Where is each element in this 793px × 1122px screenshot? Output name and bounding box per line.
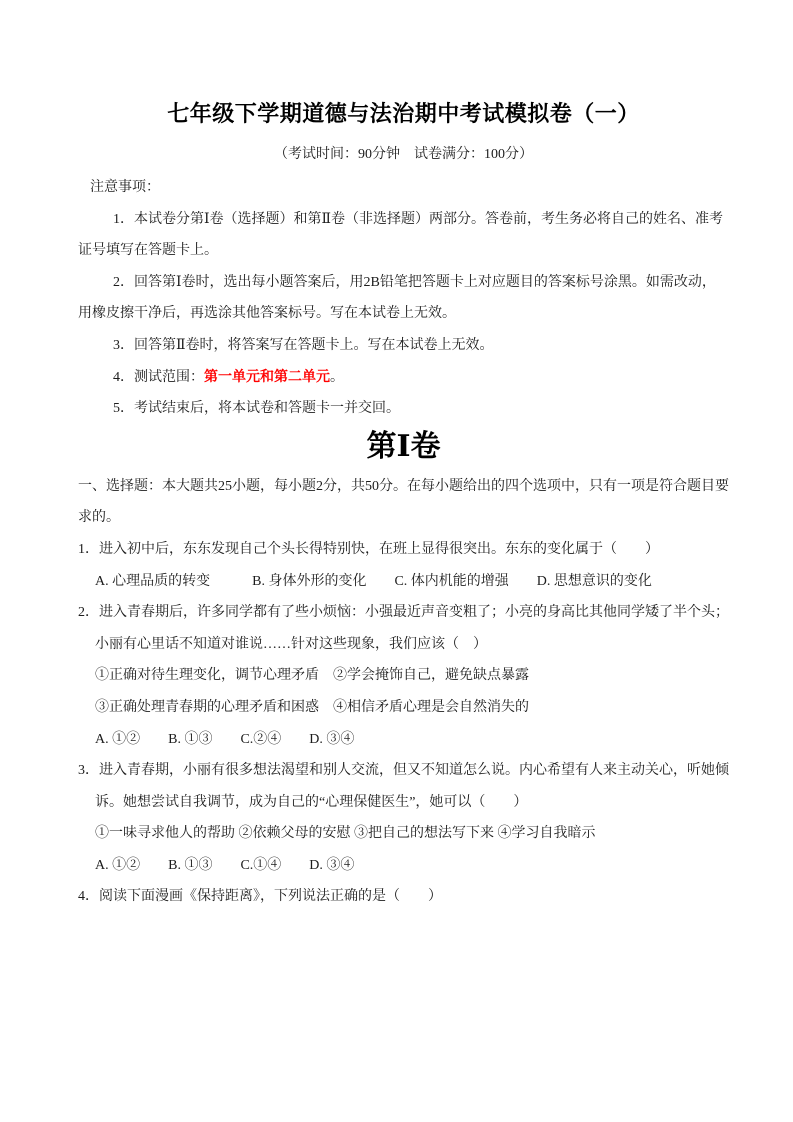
part1-heading: 第Ⅰ卷 (78, 425, 729, 469)
question-4-stem: 4．阅读下面漫画《保持距离》，下列说法正确的是（ ） (78, 881, 729, 913)
question-3-statements: ①一味寻求他人的帮助 ②依赖父母的安慰 ③把自己的想法写下来 ④学习自我暗示 (78, 818, 729, 850)
exam-paper-page: 七年级下学期道德与法治期中考试模拟卷（一） （考试时间：90分钟 试卷满分：10… (0, 0, 793, 1122)
page-title: 七年级下学期道德与法治期中考试模拟卷（一） (78, 97, 729, 131)
notice-item-1: 1．本试卷分第Ⅰ卷（选择题）和第Ⅱ卷（非选择题）两部分。答卷前，考生务必将自己的… (78, 204, 729, 267)
question-2-statements-a: ①正确对待生理变化，调节心理矛盾 ②学会掩饰自己，避免缺点暴露 (78, 660, 729, 692)
question-1-stem: 1．进入初中后，东东发现自己个头长得特别快，在班上显得很突出。东东的变化属于（ … (78, 534, 729, 566)
question-1-text: 进入初中后，东东发现自己个头长得特别快，在班上显得很突出。东东的变化属于（ ） (99, 542, 659, 557)
question-2: 2．进入青春期后，许多同学都有了些小烦恼：小强最近声音变粗了；小亮的身高比其他同… (78, 597, 729, 755)
notice-item-5: 5．考试结束后，将本试卷和答题卡一并交回。 (78, 393, 729, 425)
notice-scope-suffix: 。 (330, 370, 344, 385)
multiple-choice-section: 一、选择题：本大题共25小题，每小题2分，共50分。在每小题给出的四个选项中，只… (78, 471, 729, 913)
question-1-options: A. 心理品质的转变 B. 身体外形的变化 C. 体内机能的增强 D. 思想意识… (78, 566, 729, 598)
section1-intro: 一、选择题：本大题共25小题，每小题2分，共50分。在每小题给出的四个选项中，只… (78, 471, 729, 534)
exam-time-score-subtitle: （考试时间：90分钟 试卷满分：100分） (78, 144, 729, 166)
notice-item-2: 2．回答第Ⅰ卷时，选出每小题答案后，用2B铅笔把答题卡上对应题目的答案标号涂黑。… (78, 267, 729, 330)
question-3-text: 进入青春期，小丽有很多想法渴望和别人交流，但又不知道怎么说。内心希望有人来主动关… (95, 763, 729, 810)
question-2-stem: 2．进入青春期后，许多同学都有了些小烦恼：小强最近声音变粗了；小亮的身高比其他同… (78, 597, 729, 660)
question-2-statements-b: ③正确处理青春期的心理矛盾和困惑 ④相信矛盾心理是会自然消失的 (78, 692, 729, 724)
question-2-number: 2． (78, 605, 99, 620)
question-1: 1．进入初中后，东东发现自己个头长得特别快，在班上显得很突出。东东的变化属于（ … (78, 534, 729, 597)
question-3-stem: 3．进入青春期，小丽有很多想法渴望和别人交流，但又不知道怎么说。内心希望有人来主… (78, 755, 729, 818)
question-3-options: A. ①② B. ①③ C.①④ D. ③④ (78, 850, 729, 882)
notice-heading: 注意事项： (78, 172, 729, 204)
question-4-text: 阅读下面漫画《保持距离》，下列说法正确的是（ ） (99, 889, 442, 904)
question-3: 3．进入青春期，小丽有很多想法渴望和别人交流，但又不知道怎么说。内心希望有人来主… (78, 755, 729, 881)
notice-item-4: 4．测试范围：第一单元和第二单元。 (78, 362, 729, 394)
question-2-text: 进入青春期后，许多同学都有了些小烦恼：小强最近声音变粗了；小亮的身高比其他同学矮… (95, 605, 729, 652)
question-2-options: A. ①② B. ①③ C.②④ D. ③④ (78, 724, 729, 756)
notice-section: 注意事项： 1．本试卷分第Ⅰ卷（选择题）和第Ⅱ卷（非选择题）两部分。答卷前，考生… (78, 172, 729, 425)
notice-scope-prefix: 4．测试范围： (113, 370, 204, 385)
question-4: 4．阅读下面漫画《保持距离》，下列说法正确的是（ ） (78, 881, 729, 913)
question-1-number: 1． (78, 542, 99, 557)
notice-scope-highlight: 第一单元和第二单元 (204, 370, 330, 385)
notice-item-3: 3．回答第Ⅱ卷时，将答案写在答题卡上。写在本试卷上无效。 (78, 330, 729, 362)
question-3-number: 3． (78, 763, 99, 778)
question-4-number: 4． (78, 889, 99, 904)
